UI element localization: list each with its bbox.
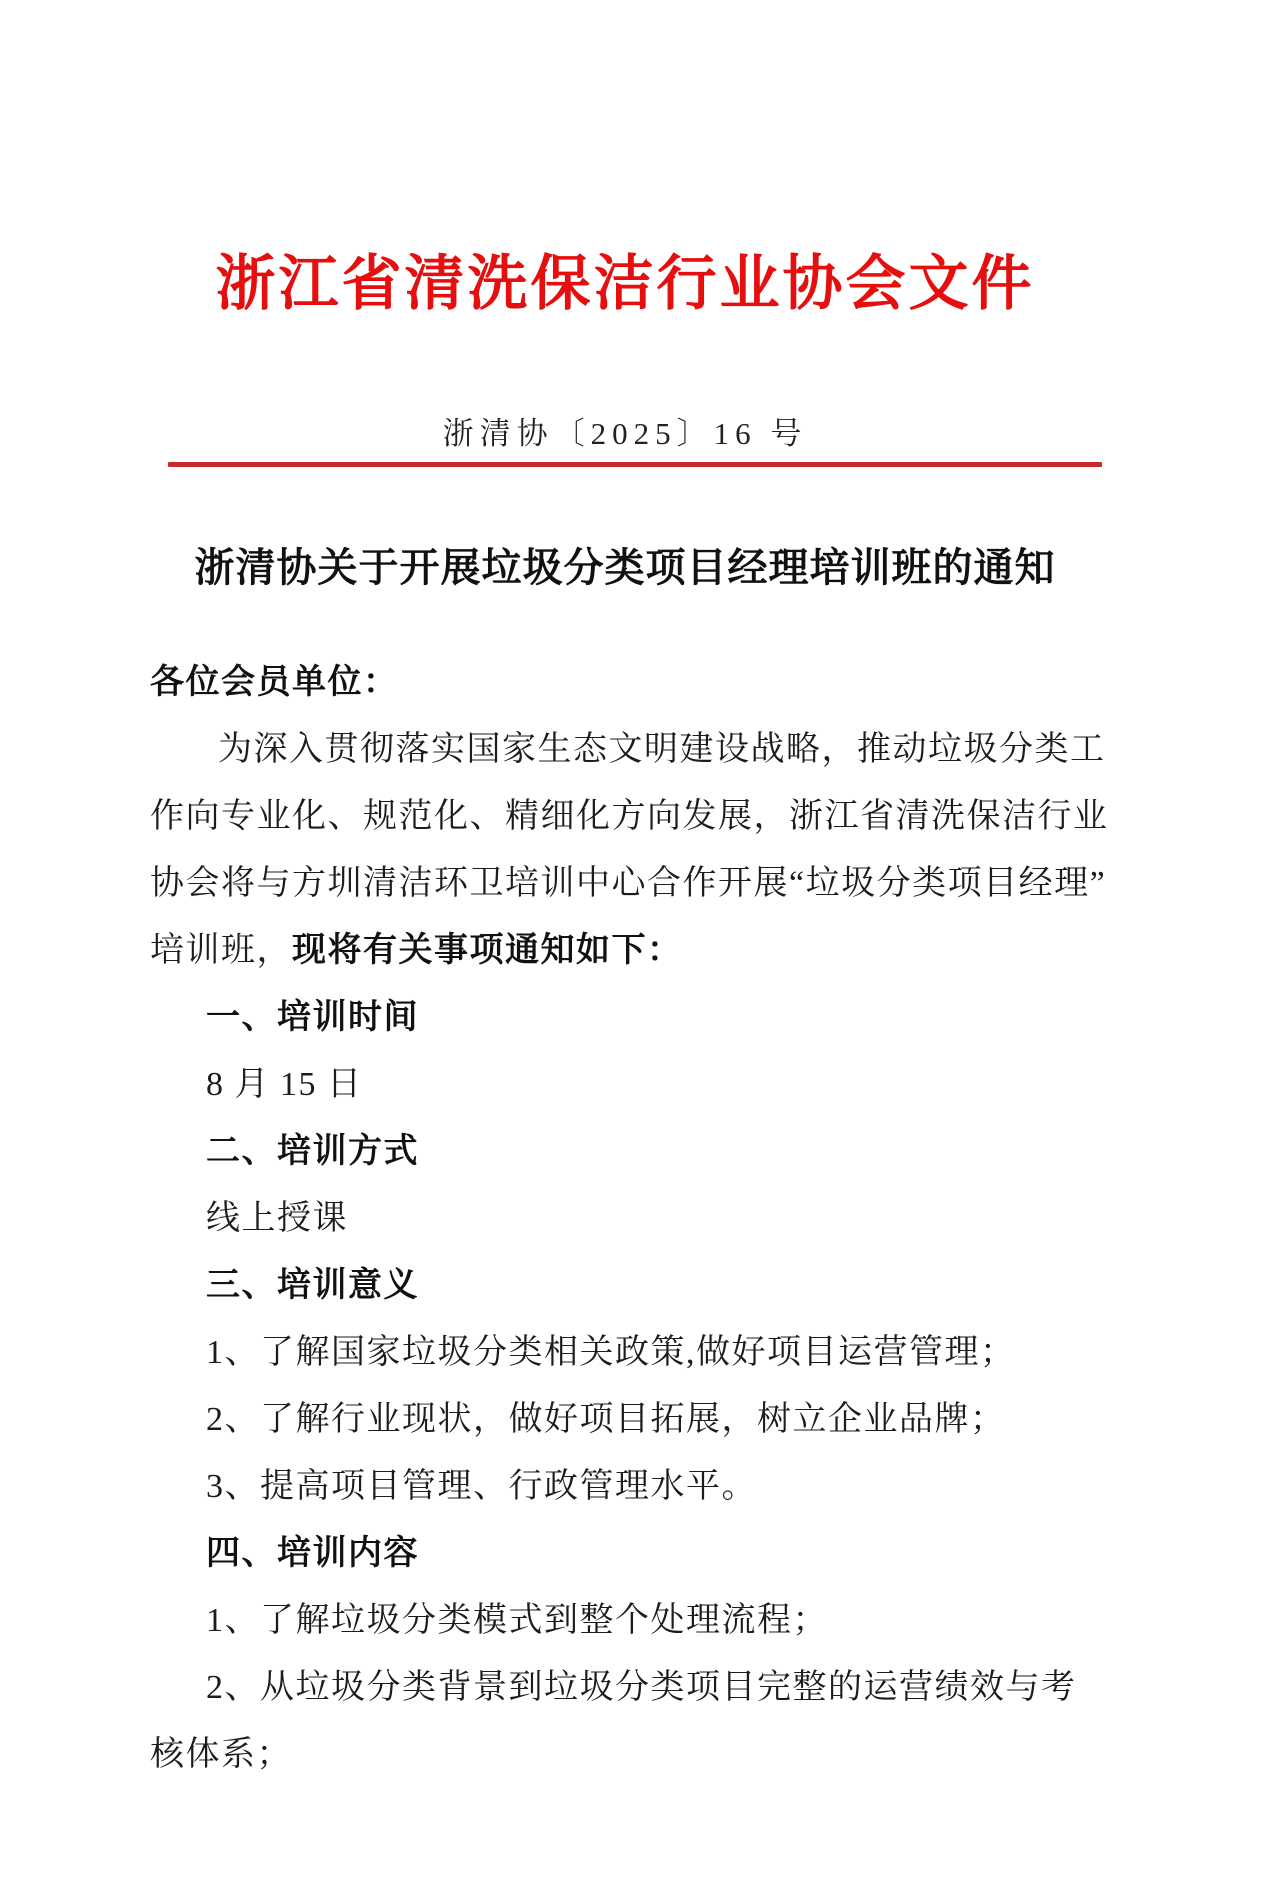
section-heading-training-time: 一、培训时间: [150, 980, 1100, 1047]
section-item: 1、了解垃圾分类模式到整个处理流程；: [150, 1583, 1100, 1650]
notice-body: 各位会员单位： 为深入贯彻落实国家生态文明建设战略，推动垃圾分类工 作向专业化、…: [150, 645, 1100, 1784]
letterhead-org-title: 浙江省清洗保洁行业协会文件: [150, 236, 1100, 322]
section-item: 线上授课: [150, 1181, 1100, 1248]
paragraph-run-bold: 现将有关事项通知如下：: [292, 922, 683, 971]
paragraph-line: 协会将与方圳清洁环卫培训中心合作开展“垃圾分类项目经理”: [150, 846, 1100, 913]
red-divider-line: [168, 462, 1102, 467]
section-heading-training-significance: 三、培训意义: [150, 1248, 1100, 1315]
section-heading-training-content: 四、培训内容: [150, 1516, 1100, 1583]
document-page: 浙江省清洗保洁行业协会文件 浙清协〔2025〕16 号 浙清协关于开展垃圾分类项…: [0, 0, 1280, 1884]
paragraph-line: 为深入贯彻落实国家生态文明建设战略，推动垃圾分类工: [150, 712, 1100, 779]
section-item: 2、从垃圾分类背景到垃圾分类项目完整的运营绩效与考: [150, 1650, 1100, 1717]
section-item: 2、了解行业现状，做好项目拓展，树立企业品牌；: [150, 1382, 1100, 1449]
section-item-continuation: 核体系；: [150, 1717, 1100, 1784]
document-number: 浙清协〔2025〕16 号: [150, 408, 1100, 453]
section-item: 1、了解国家垃圾分类相关政策,做好项目运营管理；: [150, 1315, 1100, 1382]
paragraph-line: 培训班， 现将有关事项通知如下：: [150, 913, 1100, 980]
notice-title: 浙清协关于开展垃圾分类项目经理培训班的通知: [150, 536, 1100, 593]
salutation: 各位会员单位：: [150, 645, 1100, 712]
section-item: 3、提高项目管理、行政管理水平。: [150, 1449, 1100, 1516]
section-heading-training-method: 二、培训方式: [150, 1114, 1100, 1181]
paragraph-line: 作向专业化、规范化、精细化方向发展，浙江省清洗保洁行业: [150, 779, 1100, 846]
section-item: 8 月 15 日: [150, 1047, 1100, 1114]
paragraph-run-regular: 培训班，: [150, 922, 292, 971]
